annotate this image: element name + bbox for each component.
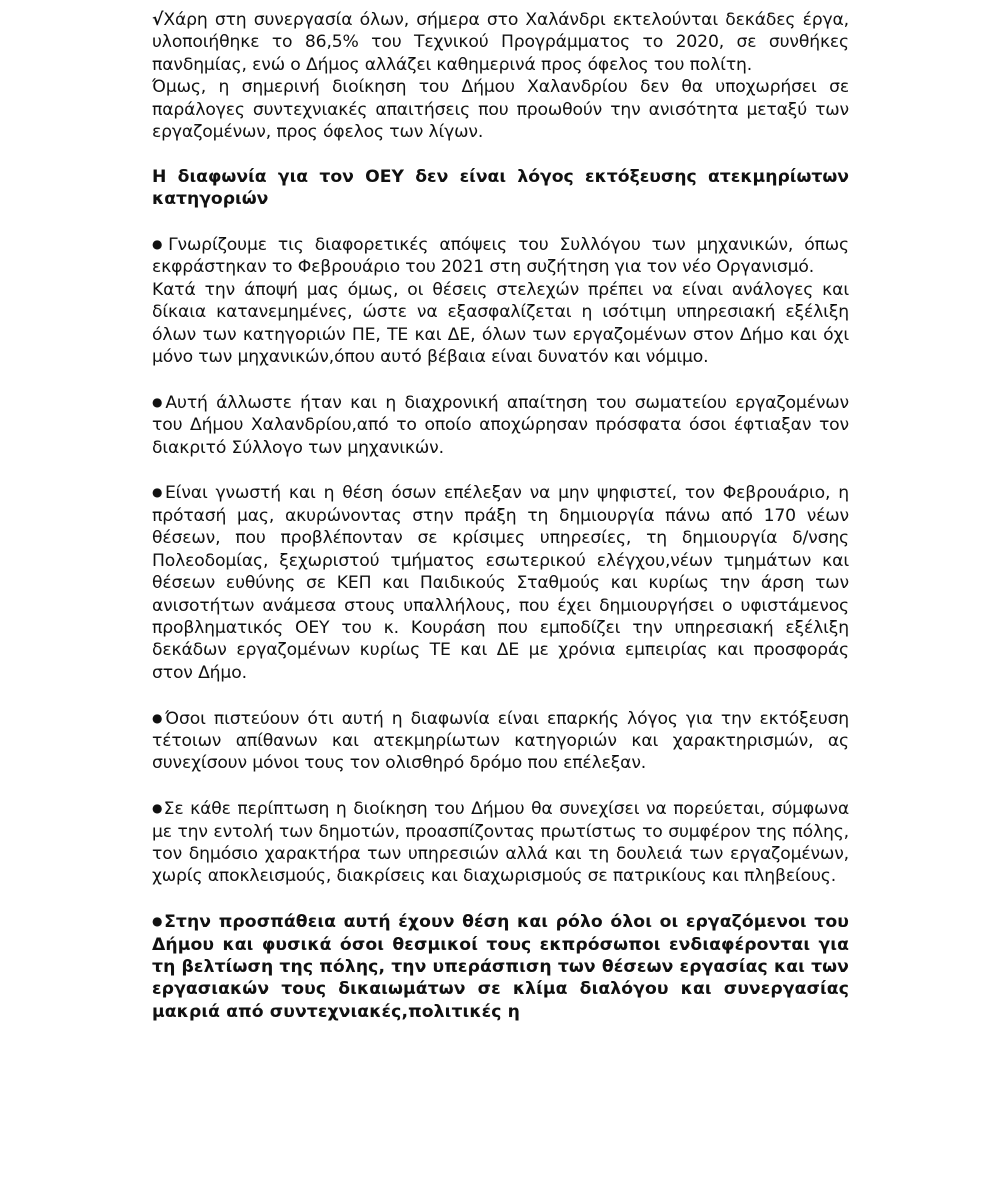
bullet-paragraph-5: ●Σε κάθε περίπτωση η διοίκηση του Δήμου … (152, 797, 849, 888)
spacer (152, 459, 849, 481)
bullet-icon: ● (152, 237, 168, 251)
intro-paragraph-1: √Χάρη στη συνεργασία όλων, σήμερα στο Χα… (152, 9, 849, 76)
checkmark-icon: √ (152, 10, 163, 30)
bullet-paragraph-1: ●Γνωρίζουμε τις διαφορετικές απόψεις του… (152, 233, 849, 279)
intro-paragraph-1-text: Χάρη στη συνεργασία όλων, σήμερα στο Χαλ… (152, 10, 849, 75)
spacer (152, 143, 849, 165)
spacer (152, 775, 849, 797)
bullet-paragraph-1-text: Γνωρίζουμε τις διαφορετικές απόψεις του … (152, 235, 849, 277)
spacer (152, 684, 849, 706)
bullet-icon: ● (152, 801, 164, 815)
bullet-paragraph-3-text: Είναι γνωστή και η θέση όσων επέλεξαν να… (152, 483, 849, 682)
spacer (152, 368, 849, 390)
bullet-paragraph-2: ●Αυτή άλλωστε ήταν και η διαχρονική απαί… (152, 391, 849, 459)
spacer (152, 211, 849, 233)
bullet-paragraph-6-text: Στην προσπάθεια αυτή έχουν θέση και ρόλο… (152, 912, 849, 1022)
bullet-paragraph-5-text: Σε κάθε περίπτωση η διοίκηση του Δήμου θ… (152, 799, 849, 886)
document-page: √Χάρη στη συνεργασία όλων, σήμερα στο Χα… (152, 9, 849, 1023)
bullet-icon: ● (152, 711, 165, 725)
bullet-paragraph-4: ●Όσοι πιστεύουν ότι αυτή η διαφωνία είνα… (152, 707, 849, 775)
bullet-icon: ● (152, 395, 165, 409)
spacer (152, 888, 849, 910)
section-heading: Η διαφωνία για τον ΟΕΥ δεν είναι λόγος ε… (152, 166, 849, 211)
bullet-icon: ● (152, 485, 165, 499)
bullet-paragraph-4-text: Όσοι πιστεύουν ότι αυτή η διαφωνία είναι… (152, 709, 849, 774)
bullet-paragraph-6-bold: ●Στην προσπάθεια αυτή έχουν θέση και ρόλ… (152, 910, 849, 1023)
bullet-paragraph-3: ●Είναι γνωστή και η θέση όσων επέλεξαν ν… (152, 481, 849, 684)
intro-paragraph-2: Όμως, η σημερινή διοίκηση του Δήμου Χαλα… (152, 76, 849, 143)
bullet-icon: ● (152, 914, 164, 928)
bullet-paragraph-2-text: Αυτή άλλωστε ήταν και η διαχρονική απαίτ… (152, 393, 849, 458)
bullet-paragraph-1-continuation: Κατά την άποψή μας όμως, οι θέσεις στελε… (152, 279, 849, 369)
